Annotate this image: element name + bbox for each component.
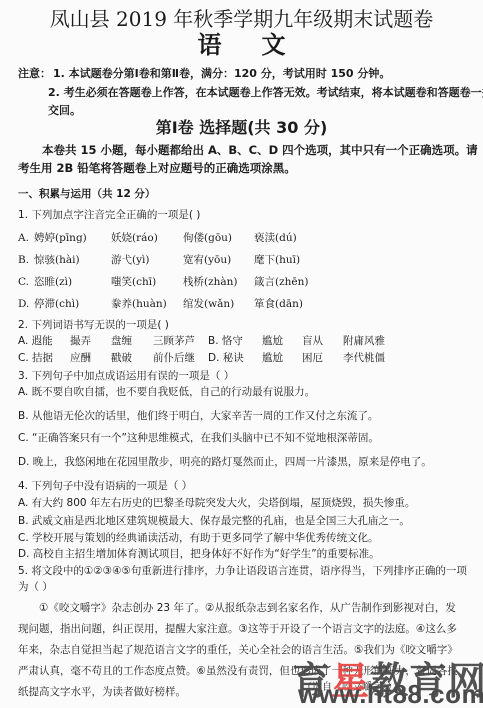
watermark-url: www.ht88.com — [298, 679, 483, 708]
q2-cell: 盲从 — [302, 334, 323, 348]
q2-cell: 李代桃僵 — [343, 351, 385, 365]
q2-cell: B. 恪守 — [208, 334, 243, 348]
note-2: 2. 考生必须在答题卷上作答，在本试题卷上作答无效。考试结束，将本试题卷和答题卷… — [48, 86, 483, 100]
q1-option-a-4: 亵渎(dú) — [254, 231, 297, 245]
q2-cell: 三顾茅芦 — [153, 334, 195, 348]
q2-cell: 戳破 — [111, 351, 132, 365]
q4-stem: 4. 下列句子中没有语病的一项是（ ） — [18, 479, 192, 493]
q3-option-b: B. 从他语无伦次的话里，他们终于明白，大家辛苦一周的工作又付之东流了。 — [18, 409, 378, 423]
q2-cell: 尴尬 — [262, 351, 283, 365]
q1-option-b-label: B. — [18, 253, 29, 267]
note-1: 1. 本试题卷分第Ⅰ卷和第Ⅱ卷，满分：120 分，考试用时 150 分钟。 — [53, 67, 390, 81]
q1-option-a-3: 佝偻(gōu) — [183, 231, 232, 245]
part1-title: 第Ⅰ卷 选择题(共 30 分) — [0, 118, 483, 138]
q3-option-d: D. 晚上，我悠闲地在花园里散步，明亮的路灯戛然而止，四周一片漆黑，原来是停电了… — [18, 455, 432, 469]
q1-option-c-3: 栈桥(zhàn) — [183, 275, 238, 289]
q1-option-c-1: 恣睢(zì) — [34, 275, 72, 289]
q4-option-a: A. 有大约 800 年左右历史的巴黎圣母院突发大火，尖塔倒塌，屋顶烧毁，损失惨… — [18, 496, 415, 510]
q1-option-d-1: 停滞(chì) — [34, 297, 79, 311]
q1-option-c-label: C. — [18, 275, 29, 289]
q1-option-d-label: D. — [18, 297, 29, 311]
q1-option-b-1: 惊骇(hài) — [34, 253, 80, 267]
q2-cell: 尴尬 — [262, 334, 283, 348]
q2-cell: 应酬 — [70, 351, 91, 365]
exam-page: 凤山县 2019 年秋季学期九年级期末试题卷 语文 注意： 1. 本试题卷分第Ⅰ… — [0, 0, 483, 708]
q1-option-a-label: A. — [18, 231, 29, 245]
q1-option-b-4: 麾下(huī) — [254, 253, 300, 267]
q4-option-d: D. 高校自主招生增加体育测试项目，把身体好不好作为“好学生”的重要标准。 — [18, 547, 380, 561]
q1-stem: 1. 下列加点字注音完全正确的一项是( ) — [18, 208, 200, 222]
note-2-cont: 交回。 — [48, 104, 81, 118]
q2-cell: 困厄 — [302, 351, 323, 365]
q2-cell: A. 遐能 — [18, 334, 53, 348]
q3-option-a: A. 既不要自吹自擂，也不要自我贬低，自己的行动最有说服力。 — [18, 385, 315, 399]
q2-cell: D. 秘诀 — [208, 351, 244, 365]
q1-option-d-2: 豢养(huàn) — [111, 297, 167, 311]
q2-cell: 撮弄 — [70, 334, 91, 348]
q3-stem: 3. 下列句子中加点成语运用有误的一项是（ ） — [18, 369, 234, 383]
q2-cell: 前仆后继 — [153, 351, 195, 365]
q2-cell: 附庸风雅 — [343, 334, 385, 348]
exam-title: 凤山县 2019 年秋季学期九年级期末试题卷 — [0, 6, 483, 32]
notes-label: 注意： — [18, 67, 51, 81]
q1-option-d-3: 绾发(wǎn) — [183, 297, 234, 311]
q3-option-c: C. “正确答案只有一个”这种思维模式，在我们头脑中已不知不觉地根深蒂固。 — [18, 431, 379, 445]
section1-heading: 一、积累与运用（共 12 分） — [18, 186, 155, 201]
q5-stem-line2: 为（ ） — [18, 580, 53, 594]
q2-cell: 盘缠 — [111, 334, 132, 348]
q1-option-a-2: 妖娆(ráo) — [111, 231, 158, 245]
q1-option-a-1: 娉婷(pīng) — [34, 231, 87, 245]
q4-option-c: C. 学校开展与策划的经典诵读活动，有助于更多同学了解中华优秀传统文化。 — [18, 531, 379, 545]
q1-option-c-2: 嗤笑(chī) — [111, 275, 156, 289]
q4-option-b: B. 武威文庙是西北地区建筑规模最大、保存最完整的孔庙，也是全国三大孔庙之一。 — [18, 514, 410, 528]
subject-title: 语文 — [0, 30, 483, 60]
q2-cell: C. 拮据 — [18, 351, 53, 365]
q5-stem-line1: 5. 将文段中的①②③④⑤句重新进行排序，力争让语段语言连贯，语序得当，下列排序… — [18, 564, 467, 578]
part1-intro-line2: 考生用 2B 铅笔将答题卷上对应题号的正确选项涂黑。 — [18, 160, 296, 177]
q1-option-b-3: 宽宥(yōu) — [183, 253, 231, 267]
part1-intro-line1: 本卷共 15 小题，每小题都给出 A、B、C、D 四个选项，其中只有一个正确选项… — [42, 142, 478, 159]
q1-option-d-4: 箪食(dān) — [254, 297, 303, 311]
q1-option-b-2: 游弋(yì) — [111, 253, 149, 267]
q1-option-c-4: 箴言(zhēn) — [254, 275, 308, 289]
q2-stem: 2. 下列词语书写无误的一项是( ) — [18, 318, 169, 332]
